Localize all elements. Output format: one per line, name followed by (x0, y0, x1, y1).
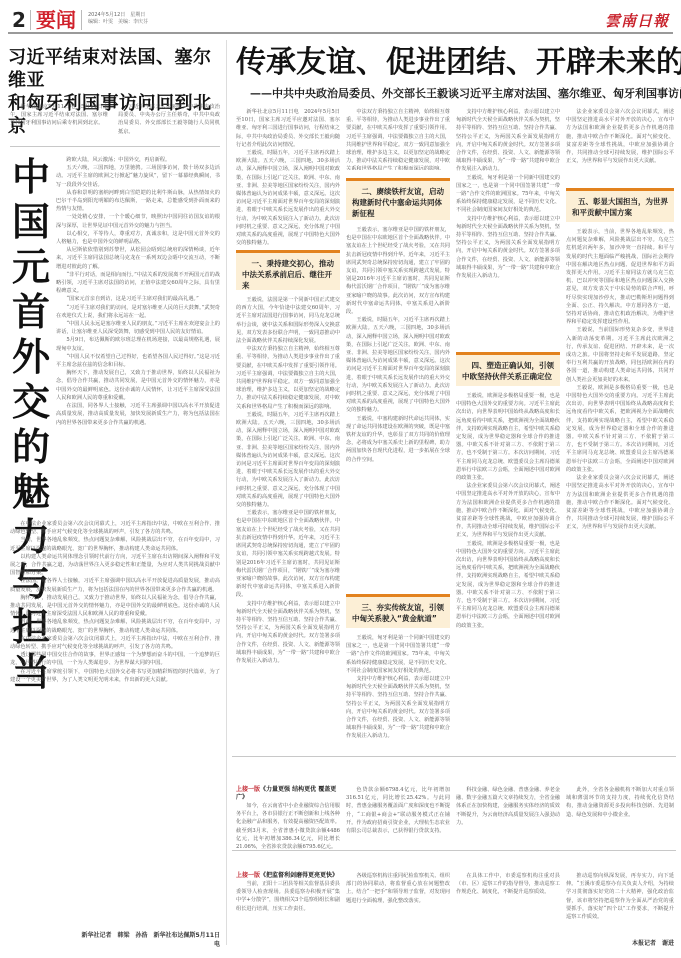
paragraph: 王毅表示，塞尔维亚是中国的铁杆朋友，也是中国在中东欧地区首个全面战略伙伴。中塞友… (236, 509, 340, 599)
paragraph: 法企业家委员会第六次会议闭幕式，阐述中国坚定推进高水平对外开放的决心，宣布中方为… (566, 108, 674, 165)
paragraph: 5月9日，布达佩斯的欧尔班总理在机场迎接，以最高规格礼遇，展现匈中友谊。 (56, 336, 220, 352)
paragraph: 以心相交，平等待人，尊重对方，真诚亲和，这是中国元首外交的人格魅力，也是中国外交… (56, 230, 220, 246)
section-title-line1: 一、秉持建交初心，推动 (242, 258, 334, 269)
title-char: 魅 (12, 470, 46, 515)
teaser-1-col2: 色贷款余额6798.4亿元，比年初增加316.51亿元，同比增长25.42%。与… (346, 786, 450, 842)
title-char: 首 (12, 290, 46, 335)
paragraph: 在具体工作中，市委巡察机构注重对县（市、区）巡察工作的指导督导，推动巡察工作规范… (456, 872, 560, 897)
paragraph: 法企业家委员会第六次会议闭幕式，阐述中国坚定推进高水平对外开放的决心，宣布中方为… (456, 482, 560, 539)
teaser-2-col4: 推动巡察向纵深发展，再夯实力，向下延伸。“玉溪市委巡察办有关负责人介绍，为持续学… (566, 872, 674, 938)
section-title-line1: 三、夯实传统友谊，引领 (352, 602, 444, 613)
section-title-line2: 中法关系承前启后、继往开来 (242, 270, 332, 290)
page-number: 2 (12, 8, 26, 32)
section-heading-2: 二、赓续铁杆友谊，启动 构建新时代中塞命运共同体新征程 (346, 178, 450, 220)
section-heading-1: 一、秉持建交初心，推动 中法关系承前启后、继往开来 (236, 250, 340, 290)
paragraph: 以构建人类命运共同体理念引领时代前行方向，习近平主席在出访期间深入阐释和平发展之… (10, 553, 220, 578)
paragraph: 五天六晚，三国四地，万里驰骋。三场国事访问，数十场双多边活动。习近平主席的欧洲之… (56, 164, 220, 189)
main-col2: 中法双方秉持独立自主精神，始终相互尊重、平等相待，为推动人类进步事业作出了重要贡… (346, 108, 450, 170)
paragraph: 王毅说，匈牙利是第一个同新中国建交的国家之一，也是第一个同中国签署共建“一带一路… (346, 634, 450, 675)
paragraph: 王毅说，欧洲是多极格局重要一极，也是中国特色大国外交的重要方向。习近平主席此次出… (456, 392, 560, 482)
teaser-1-col3: 科技金融、绿色金融、普惠金融、养老金融、数字金融五篇大文章持续发力，全省金融体系… (456, 786, 560, 842)
paragraph: 色贷款余额6798.4亿元，比年初增加316.51亿元，同比增长25.42%。与… (346, 786, 450, 835)
section-title-line1: 二、赓续铁杆友谊，启动 (352, 186, 444, 197)
title-char: 国 (12, 200, 46, 245)
section-name: 要闻 (36, 8, 76, 32)
paragraph: 王毅说，欧洲是多极格局重要一极，也是中国特色大国外交的重要方向。习近平主席此次出… (456, 540, 560, 630)
section-title-line2: 中欧坚持伙伴关系正确定位 (462, 372, 552, 381)
column-separator (226, 40, 227, 945)
divider (232, 850, 676, 851)
divider (232, 756, 676, 757)
newspaper-logo: 雲南日報 (605, 10, 669, 31)
paragraph: 王毅说，时隔五年，习近平主席再次踏上欧洲大陆。五天六晚，三国四地，30多场活动，… (236, 411, 340, 509)
paragraph: 王毅说，当前国际形势复杂多变，世界进入新的动荡变革期。习近平主席此次欧洲之行，传… (566, 326, 674, 383)
teaser-label: 上接一版 (236, 786, 260, 793)
paragraph: 各级巡察机构注重同纪检监察机关、组织部门的协同联动，将监督重心放在问题整改上，结… (346, 872, 450, 905)
paragraph: “国家元首亲自到访，这是习近平主席对我们的最高礼遇。” (56, 295, 220, 303)
main-col3-cont: 王毅说，欧洲是多极格局重要一极，也是中国特色大国外交的重要方向。习近平主席此次出… (456, 392, 560, 738)
paragraph: 支持中方维护核心利益，表示愿以建立中匈新时代全天候全面战略伙伴关系为契机，坚持平… (456, 215, 560, 281)
teaser-title: 上接一版《力量更强 结构更优 覆盖更广》 (236, 786, 340, 802)
paragraph: “中国人民不仅希望自己过得好，也希望各国人民过得好。”这是习近平主席念兹在兹的信… (56, 353, 220, 369)
left-article-col1: 新华社北京5月11日电 5月11日上午，国家主席习近平结束对法国、塞尔维亚和匈牙… (10, 103, 108, 137)
paragraph: 透过那些同中国交往合作的故事，世界正感知一个为梦想而奋斗的中国，一个追梦的巨龙，… (10, 651, 220, 667)
left-article-text: 新华社北京5月11日电 5月11日上午，国家主席习近平结束对法国、塞尔维亚和匈牙… (10, 103, 108, 128)
teaser-2-col3: 在具体工作中，市委巡察机构注重对县（市、区）巡察工作的指导督导，推动巡察工作规范… (456, 872, 560, 946)
main-subheadline: ——中共中央政治局委员、外交部长王毅谈习近平主席对法国、塞尔维亚、匈牙利国事访问 (250, 85, 680, 101)
teaser-title-text: 《把监督利剑磨得更亮更快》 (260, 872, 338, 879)
paragraph: 王毅表示，当前，世界各地乱象频发，热点问题复杂难解，风险挑战层出不穷。乌克兰危机… (566, 228, 674, 326)
left-headline-line1: 习近平结束对法国、塞尔维亚 (8, 46, 220, 92)
section-title-line1: 五、彰显大国担当，为世界 (572, 196, 668, 207)
paragraph: 从春和景明的塞纳河畔到白雪皑皑的比利牛斯山脉，从热情如火的巴尔干半岛到阳光明媚的… (56, 189, 220, 214)
masthead: 2 要闻 2024年5月12日 星期日 编辑：叶雯 美编：李庆芬 雲南日報 (8, 8, 673, 34)
main-col2-end: 王毅说，匈牙利是第一个同新中国建交的国家之一，也是第一个同中国签署共建“一带一路… (346, 634, 450, 738)
teaser-2[interactable]: 上接一版《把监督利剑磨得更亮更快》 当前，正阳十三团县等相关监督基县委县委领导人… (236, 872, 340, 946)
issue-meta: 2024年5月12日 星期日 编辑：叶雯 美编：李庆芬 (88, 12, 148, 26)
paragraph: 王毅表示，塞尔维亚是中国的铁杆朋友，也是中国在中东欧地区首个全面战略伙伴。中塞友… (346, 226, 450, 316)
paragraph: 王毅说，欧洲是多极格局重要一极，也是中国特色大国外交的重要方向。习近平主席此次出… (566, 384, 674, 474)
teaser-1[interactable]: 上接一版《力量更强 结构更优 覆盖更广》 如今，在云南省中小企业融资综合信用服务… (236, 786, 340, 850)
section-title-line2: 中匈关系驶入“黄金航道” (352, 614, 437, 623)
main-col1-cont: 王毅说，法国是第一个同新中国正式建交的西方大国，今年恰逢中法建交60周年，习近平… (236, 296, 340, 738)
paragraph: “习近平主席对我们的访问，是对塞尔维亚人民的巨大鼓舞。”武契奇在欢迎仪式上说，我… (56, 304, 220, 320)
section-title-line1: 四、塑造正确认知，引领 (462, 360, 554, 371)
feature-text-lower: 在中法企业家委员会第六次会议闭幕式上，习近平主席指出中法，中欧在互利合作、推动绿… (10, 520, 220, 928)
left-article-col2: 习近平主席夫人彭丽媛，中共中央政治局委员、中央办公厅主任蔡奇，中共中央政治局委员… (118, 103, 220, 137)
editors: 编辑：叶雯 美编：李庆芬 (88, 19, 148, 26)
title-char: 的 (12, 425, 46, 470)
main-col2-cont: 王毅表示，塞尔维亚是中国的铁杆朋友，也是中国在中东欧地区首个全面战略伙伴。中塞友… (346, 226, 450, 584)
teaser-2-byline: 本报记者 谢进 (610, 938, 674, 947)
paragraph: 在习近平主席掌舵引领下，中国特色大国外交必将书写更加精彩辉煌的时代篇章，为了建设… (10, 668, 220, 684)
paragraph: 中法双方秉持独立自主精神，始终相互尊重、平等相待，为推动人类进步事业作出了重要贡… (346, 108, 450, 170)
divider (10, 146, 220, 147)
paragraph: 推动巡察向纵深发展，再夯实力，向下延伸。“玉溪市委巡察办有关负责人介绍，为持续学… (566, 872, 674, 921)
section-heading-3: 三、夯实传统友谊，引领 中匈关系驶入“黄金航道” (346, 594, 450, 628)
paragraph: 从尼斯依依惜别到苏黎世，从松园会晤到总统府的深情畅谈，近年来，习近平主席同法国总… (56, 246, 220, 271)
paragraph: 王毅说，时隔五年，习近平主席再次踏上欧洲大陆。五天六晚，三国四地，30多场活动，… (236, 149, 340, 246)
teaser-text: 当前，正阳十三团县等相关监督基县委县委领导人检查现场。县委巡察办积极开展“集中学… (236, 880, 340, 946)
section-title-line2: 和平贡献中国方案 (572, 208, 632, 217)
title-char: 外 (12, 335, 46, 380)
issue-date: 2024年5月12日 星期日 (88, 12, 148, 19)
title-char: 中 (12, 155, 46, 200)
paragraph: “中国人民永远是塞尔维亚人民的朋友。”习近平主席在欢迎宴会上的讲话，让塞尔维亚人… (56, 320, 220, 336)
teaser-2-col2: 各级巡察机构注重同纪检监察机关、组织部门的协同联动，将监督重心放在问题整改上，结… (346, 872, 450, 946)
teaser-label: 上接一版 (236, 872, 260, 879)
main-col4-cont: 王毅表示，当前，世界各地乱象频发，热点问题复杂难解，风险挑战层出不穷。乌克兰危机… (566, 228, 674, 738)
paragraph: 王毅说，匈牙利是第一个同新中国建交的国家之一，也是第一个同中国签署共建“一带一路… (456, 174, 560, 215)
feature-text-upper: 跨欧大陆，风云激荡；中国外交，再启新程。 五天六晚，三国四地，万里驰骋。三场国事… (56, 156, 220, 516)
paragraph: 当前，正阳十三团县等相关监督基县委县委领导人检查现场。县委巡察办积极开展“集中学… (236, 880, 340, 913)
paragraph: 跨欧大陆，风云激荡；中国外交，再启新程。 (56, 156, 220, 164)
section-title-line2: 构建新时代中塞命运共同体新征程 (352, 198, 442, 218)
paragraph: 法企业家委员会第六次会议闭幕式，阐述中国坚定推进高水平对外开放的决心，宣布中方为… (566, 474, 674, 531)
teaser-title: 上接一版《把监督利剑磨得更亮更快》 (236, 872, 340, 880)
main-col3: 支持中方维护核心利益，表示愿以建立中匈新时代全天候全面战略伙伴关系为契机，坚持平… (456, 108, 560, 348)
paragraph: 王毅说，中塞构建新时代命运共同体，实现了命运共同体建设在欧洲的突破，既是中塞铁杆… (346, 415, 450, 464)
paragraph: 在法国，同各界人士接触，习近平主席强调中国以高水平开放促进高质量发展，推动高质量… (56, 402, 220, 427)
teaser-text: 如今，在云南省中小企业融资综合信用服务平台上，各市县银行正不断创新和上线各种化金… (236, 802, 340, 850)
main-col4: 法企业家委员会第六次会议闭幕式，阐述中国坚定推进高水平对外开放的决心，宣布中方为… (566, 108, 674, 184)
paragraph: “非平行对话，而是相向而行。”中法关系的发展离不开两国元首的战略引领，习近平主席… (56, 271, 220, 296)
feature-byline: 新华社记者 韩梁 孙浩 新华社布达佩斯5月11日电 (80, 930, 220, 948)
paragraph: 在中法企业家委员会第六次会议闭幕式上，习近平主席指出中法，中欧在互利合作、推动绿… (10, 520, 220, 536)
paragraph: 支持中方维护核心利益，表示愿以建立中匈新时代全天候全面战略伙伴关系为契机，坚持平… (346, 675, 450, 738)
left-article-text: 习近平主席夫人彭丽媛，中共中央政治局委员、中央办公厅主任蔡奇，中共中央政治局委员… (118, 103, 220, 136)
paragraph: 科技金融、绿色金融、普惠金融、养老金融、数字金融五篇大文章持续发力，全省金融体系… (456, 786, 560, 827)
paragraph: 胸怀天下，推动发展自己，又致力于推动世界，始终以人民福祉为念，倡导合作共赢，推动… (56, 369, 220, 402)
title-char: 元 (12, 245, 46, 290)
paragraph: 中法双方秉持独立自主精神，始终相互尊重、平等相待，为推动人类进步事业作出了重要贡… (236, 345, 340, 411)
teaser-1-col4: 此外，全省各金融机构不断加大对重点领域和薄弱环节的支持力度，持续优化信贷结构，推… (566, 786, 674, 842)
paragraph: 胸怀天下，推动发展自己，又致力于推动世界，始终以人民福祉为念，倡导合作共赢，推动… (10, 594, 220, 619)
paragraph: 支持中方维护核心利益，表示愿以建立中匈新时代全天候全面战略伙伴关系为契机，坚持平… (236, 600, 340, 666)
paragraph: 当前，世界各地乱象频发，热点问题复杂难解，风险挑战层出不穷，在百年变局中，习近平… (10, 618, 220, 634)
paragraph: 在法国，同各界人士接触，习近平主席强调中国以高水平开放促进高质量发展，推动高质量… (10, 577, 220, 593)
paragraph: 一处处精心安排，一个个暖心细节，映照出中国同往访国友谊的根深与深厚，让世界见证中… (56, 213, 220, 229)
divider (30, 10, 31, 30)
paragraph: 当前，世界各地乱象频发，热点问题复杂难解，风险挑战层出不穷，在百年变局中，习近平… (10, 536, 220, 552)
paragraph: 王毅说，时隔五年，习近平主席再次踏上欧洲大陆。五天六晚，三国四地，30多场活动，… (346, 316, 450, 414)
main-col1: 新华社北京5月11日电 2024年5月5日至10日，国家主席习近平应邀对法国、塞… (236, 108, 340, 246)
paragraph: 王毅说，法国是第一个同新中国正式建交的西方大国，今年恰逢中法建交60周年，习近平… (236, 296, 340, 345)
paragraph: 如今，在云南省中小企业融资综合信用服务平台上，各市县银行正不断创新和上线各种化金… (236, 802, 340, 850)
title-char: 交 (12, 380, 46, 425)
lead-paragraph: 新华社北京5月11日电 2024年5月5日至10日，国家主席习近平应邀对法国、塞… (236, 108, 340, 149)
main-headline[interactable]: 传承友谊、促进团结、开辟未来的成功之旅 (236, 44, 676, 82)
section-heading-5: 五、彰显大国担当，为世界 和平贡献中国方案 (566, 188, 674, 222)
divider (81, 10, 82, 30)
paragraph: 支持中方维护核心利益，表示愿以建立中匈新时代全天候全面战略伙伴关系为契机，坚持平… (456, 108, 560, 174)
paragraph: 此外，全省各金融机构不断加大对重点领域和薄弱环节的支持力度，持续优化信贷结构，推… (566, 786, 674, 819)
section-heading-4: 四、塑造正确认知，引领 中欧坚持伙伴关系正确定位 (456, 352, 560, 386)
paragraph: 在中法企业家委员会第六次会议闭幕式上，习近平主席指出中法，中欧在互利合作、推动绿… (10, 635, 220, 651)
